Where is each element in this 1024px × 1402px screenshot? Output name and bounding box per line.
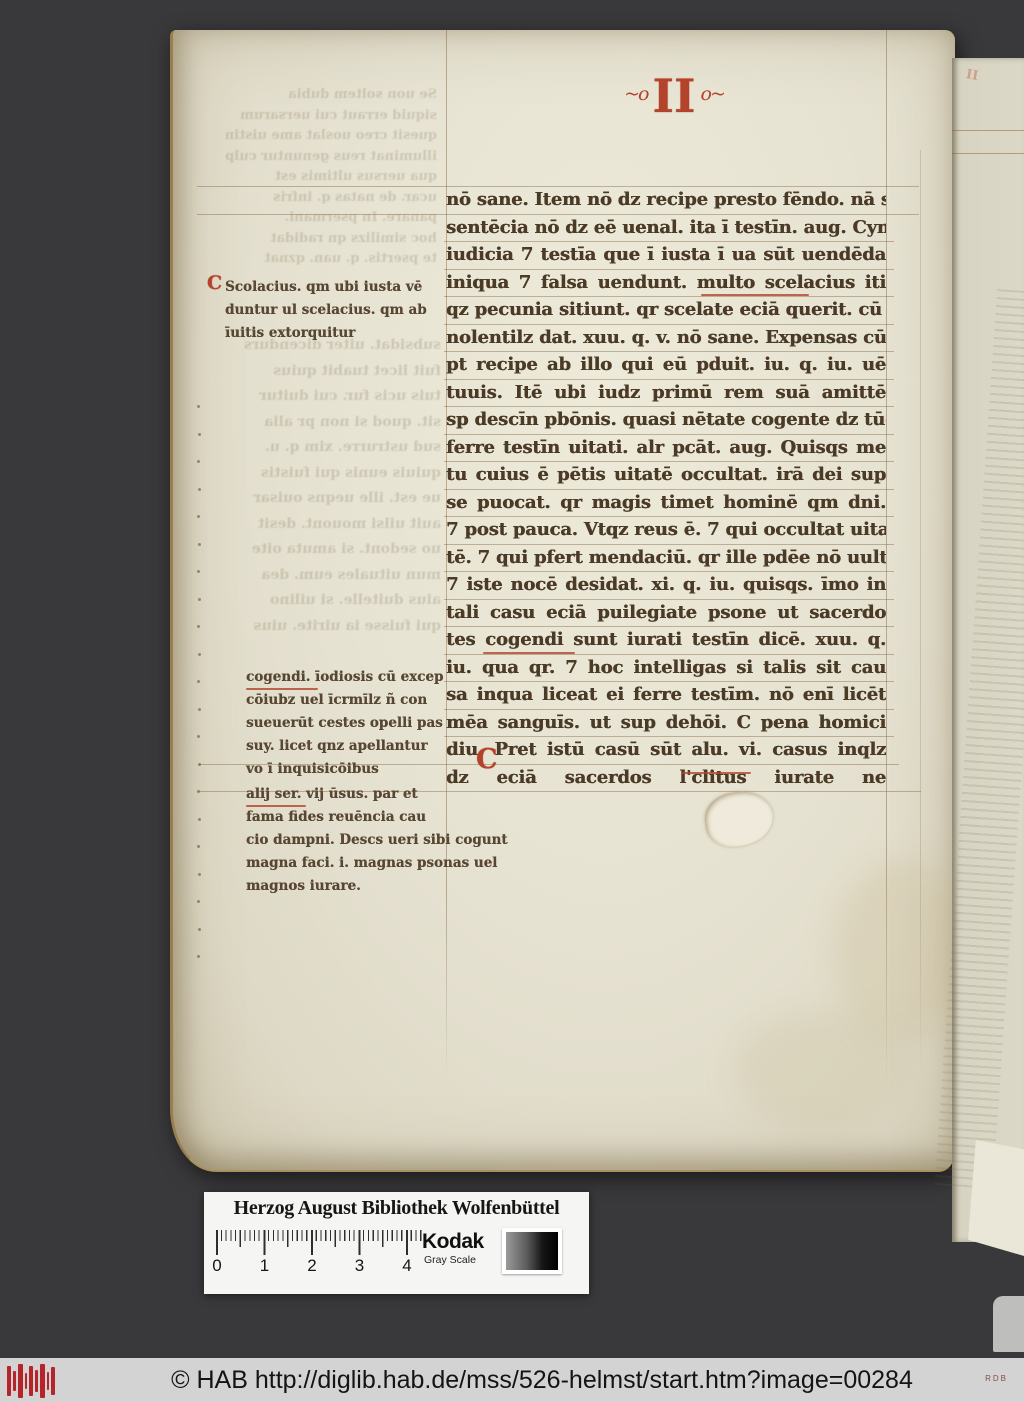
rubric-initial: C <box>476 744 498 775</box>
margin-note-1: Scolacius. qm ubi iusta vēduntur ul scel… <box>225 276 445 345</box>
margin-note-line: sueuerūt cestes opelli pas <box>246 712 456 735</box>
bleedthrough-line: panare. In psermani. <box>225 208 437 229</box>
margin-note-line: Scolacius. qm ubi iusta vē <box>225 276 445 299</box>
ruler-number: 4 <box>399 1256 415 1276</box>
main-text-line: 7 post pauca. Vtqz reus ē. 7 qui occulta… <box>446 517 886 545</box>
main-text-line: tes cogendi sunt iurati testīn dicē. xuu… <box>446 627 886 655</box>
main-text-line: iniqua 7 falsa uendunt. multo scelacius … <box>446 270 886 298</box>
bleedthrough-line: mun uituales eum. dea <box>231 563 441 589</box>
kodak-brand-label: Kodak <box>422 1230 484 1254</box>
next-leaf-ruling <box>952 130 1024 131</box>
pricking-hole <box>197 900 200 903</box>
margin-note-line: cio dampni. Descs ueri sibi cogunt <box>246 829 536 852</box>
footer-strip: © HAB http://diglib.hab.de/mss/526-helms… <box>0 1358 1024 1402</box>
bleedthrough-line: hoc similizs qn radidat <box>225 229 437 250</box>
pricking-hole <box>198 543 201 546</box>
bleedthrough-line: uo sedont. si amuta oite <box>231 537 441 563</box>
bleedthrough-line: quesit creo uoslat ame uistina <box>225 126 437 147</box>
pricking-hole <box>198 488 201 491</box>
rubric-underline <box>701 294 809 296</box>
parchment-hole <box>702 788 777 851</box>
next-leaf-corner <box>968 1140 1024 1256</box>
bleedthrough-line: illuminat reus genuntur culpam <box>225 147 437 168</box>
main-text-column: nō sane. Item nō dz recipe presto fēndo.… <box>446 187 886 792</box>
next-leaf-numeral-showthrough: II <box>965 67 980 84</box>
ruler-number: 1 <box>257 1256 273 1276</box>
copyright-credit: © HAB http://diglib.hab.de/mss/526-helms… <box>162 1358 922 1402</box>
main-text-line: tu cuius ē pētis uitatē occultat. irā de… <box>446 462 886 490</box>
pricking-hole <box>198 818 201 821</box>
pricking-hole <box>197 460 200 463</box>
bleedthrough-line: fuit licet tuabit quius <box>231 359 441 385</box>
ruler-number: 3 <box>352 1256 368 1276</box>
pricking-hole <box>197 515 200 518</box>
bleedthrough-line: te psertis. q. uan. qznat <box>225 249 437 270</box>
rubric-underline <box>681 772 751 774</box>
pricking-hole <box>197 625 200 628</box>
main-text-line: diu. Pret istū casū sūt alu. vi. casus i… <box>446 737 886 765</box>
margin-note-line: fama fides reuēncia cau <box>246 806 536 829</box>
pricking-hole <box>198 928 201 931</box>
stain <box>733 1010 913 1130</box>
pricking-hole <box>198 653 201 656</box>
margin-note-line: īuitis extorquitur <box>225 322 445 345</box>
bleedthrough-text-top: Se uon soltem dubiasiquid erraut cui uer… <box>225 85 437 270</box>
pricking-hole <box>197 405 200 408</box>
main-text-line: tali casu eciā puilegiate psone ut sacer… <box>446 600 886 628</box>
folio-number-ornament: ~oIIo~ <box>584 68 764 133</box>
main-text-line: iudicia 7 testīa que ī iusta ī ua sūt ue… <box>446 242 886 270</box>
main-text-line: nolentilz dat. xuu. q. v. nō sane. Expen… <box>446 325 886 353</box>
photo-stage: ~oIIo~ Se uon soltem dubiasiquid erraut … <box>0 0 1024 1402</box>
bleedthrough-line: siquid erraut cui uersarum <box>225 106 437 127</box>
next-leaf-edge <box>952 58 1024 1242</box>
main-text-line: se puocat. qr magis timet hominē qm dni. <box>446 490 886 518</box>
bleedthrough-line: quiuis eunis qui fuistis <box>231 461 441 487</box>
bleedthrough-line: auit uilsi mouont. desit <box>231 512 441 538</box>
bleedthrough-line: sit. quod si non pr alia <box>231 410 441 436</box>
ruler-number: 2 <box>304 1256 320 1276</box>
margin-note-line: cōiubz uel īcrmīlz ñ con <box>246 689 456 712</box>
manuscript-page: ~oIIo~ Se uon soltem dubiasiquid erraut … <box>170 30 955 1172</box>
margin-note-line: magnos iurare. <box>246 875 536 898</box>
folio-numeral: II <box>647 69 700 123</box>
scale-card-title: Herzog August Bibliothek Wolfenbüttel <box>204 1197 589 1220</box>
main-text-line: 7 iste nocē desidat. xi. q. iu. quisqs. … <box>446 572 886 600</box>
main-text-line: mēa sanguīs. ut sup dehōi. C pena homici <box>446 710 886 738</box>
bleedthrough-line: ucar. de natas q. infris <box>225 188 437 209</box>
main-text-line: iu. qua qr. 7 hoc intelligas si talis si… <box>446 655 886 683</box>
pricking-hole <box>197 680 200 683</box>
main-text-line: tuuis. Itē ubi iudz primū rem suā amittē <box>446 380 886 408</box>
scale-card: Herzog August Bibliothek Wolfenbüttel 01… <box>204 1192 589 1294</box>
margin-note-2: cogendi. īodiosis cū excepcōiubz uel īcr… <box>246 666 456 781</box>
bleedthrough-line: Se uon soltem dubia <box>225 85 437 106</box>
ruler-minor-ticks <box>216 1230 424 1241</box>
margin-note-3: alij ser. vij ūsus. par etfama fides reu… <box>246 783 536 898</box>
bleedthrough-line: tuis ucis fur. cui duitur <box>231 384 441 410</box>
rubric-paragraph-mark: C <box>207 272 222 294</box>
main-text-line: sentēcia nō dz eē uenal. ita ī testīn. a… <box>446 215 886 243</box>
main-text-line: nō sane. Item nō dz recipe presto fēndo.… <box>446 187 886 215</box>
flourish-right: o~ <box>701 83 724 105</box>
main-text-line: qz pecunia sitiunt. qr scelate eciā quer… <box>446 297 886 325</box>
margin-note-line: magna faci. i. magnas psonas uel <box>246 852 536 875</box>
margin-note-line: vo ī inquisicōibus <box>246 758 456 781</box>
gray-scale-label: Gray Scale <box>424 1254 476 1266</box>
pricking-hole <box>198 763 201 766</box>
pricking-hole <box>197 955 200 958</box>
margin-note-line: cogendi. īodiosis cū excep <box>246 666 456 689</box>
gray-scale-patch <box>502 1228 562 1274</box>
glass-reflection <box>993 1296 1024 1352</box>
rubric-underline <box>246 805 306 807</box>
margin-note-line: alij ser. vij ūsus. par et <box>246 783 536 806</box>
margin-note-line: suy. licet qnz apellantur <box>246 735 456 758</box>
pricking-hole <box>197 570 200 573</box>
main-text-line: sa inqua liceat ei ferre testīm. nō enī … <box>446 682 886 710</box>
pricking-hole <box>197 790 200 793</box>
bleedthrough-line: qua uersus ultimis est <box>225 167 437 188</box>
pricking-hole <box>198 708 201 711</box>
margin-note-line: duntur ul scelacius. qm ab <box>225 299 445 322</box>
bleedthrough-line: aius duitelle. si uilino <box>231 588 441 614</box>
main-text-line: pt recipe ab illo qui eū pduit. iu. q. i… <box>446 352 886 380</box>
pricking-hole <box>198 598 201 601</box>
next-leaf-ruling <box>952 153 1024 154</box>
bleedthrough-line: qui fuisse ia uirite. uius <box>231 614 441 640</box>
main-text-line: ferre testīn uitati. alr pcāt. aug. Quis… <box>446 435 886 463</box>
corner-mark: RDB <box>985 1374 1008 1383</box>
rubric-underline <box>246 688 318 690</box>
bleedthrough-line: sud ustrurre. xim q. u. <box>231 435 441 461</box>
flourish-left: ~o <box>624 83 647 105</box>
bleedthrough-text-middle: subsidat. uiter dicendursfuit licet tuab… <box>231 333 441 639</box>
hab-red-barcode-mark <box>7 1361 67 1401</box>
rubric-underline <box>483 652 575 654</box>
pricking-hole <box>197 735 200 738</box>
main-text-line: sp descīn pbōnis. quasi nētate cogente d… <box>446 407 886 435</box>
main-text-line: tē. 7 qui pfert mendaciū. qr ille pdēe n… <box>446 545 886 573</box>
pricking-hole <box>197 845 200 848</box>
pricking-hole <box>198 433 201 436</box>
pricking-hole <box>198 873 201 876</box>
gray-gradient <box>506 1232 558 1270</box>
ruler <box>216 1230 424 1256</box>
ruler-number: 0 <box>209 1256 225 1276</box>
bleedthrough-line: ue est. ille ueqns ouisar <box>231 486 441 512</box>
